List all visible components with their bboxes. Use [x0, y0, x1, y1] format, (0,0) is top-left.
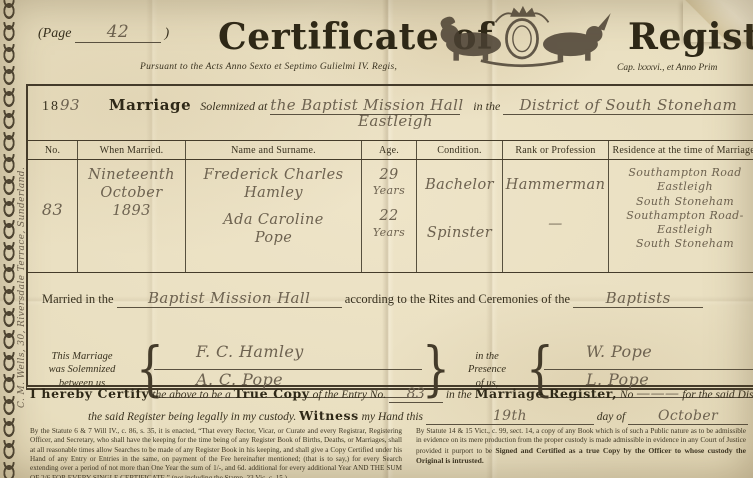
groom-age: 29	[362, 166, 416, 184]
certification-section: I hereby Certify the above to be a True …	[30, 386, 753, 425]
day-handwritten: 19th	[493, 408, 527, 424]
page-word: (Page	[38, 26, 71, 41]
witness-word: Witness	[299, 408, 359, 423]
page-number-handwritten: 42	[107, 22, 129, 42]
married-in-place-handwritten: Baptist Mission Hall	[148, 289, 310, 307]
col-header-age: Age.	[362, 141, 417, 159]
place-line2-handwritten: Eastleigh	[358, 112, 433, 130]
certify-word: I hereby Certify	[30, 386, 149, 401]
age-cell: 29 Years 22 Years	[362, 160, 417, 272]
groom-signature: F. C. Hamley	[196, 342, 304, 361]
col-header-rank: Rank or Profession	[503, 141, 609, 159]
residence-cell: Southampton Road Eastleigh South Stoneha…	[609, 160, 753, 272]
col-header-when-married: When Married.	[78, 141, 186, 159]
footnote-right: By Statute 14 & 15 Vict., c. 99, sect. 1…	[416, 427, 746, 478]
certification-line-1: I hereby Certify the above to be a True …	[30, 386, 753, 403]
bride-forenames: Ada Caroline	[186, 211, 361, 229]
col-header-no: No.	[28, 141, 78, 159]
when-married-cell: Nineteenth October 1893	[78, 160, 186, 272]
table-header-row: No. When Married. Name and Surname. Age.…	[28, 141, 753, 160]
bride-surname: Pope	[186, 229, 361, 247]
register-number-dash: ———	[636, 386, 679, 402]
solemnized-row: 1893 Marriage Solemnized at the Baptist …	[28, 86, 753, 141]
table-entry-row: 83 Nineteenth October 1893 Frederick Cha…	[28, 160, 753, 273]
register-frame: 1893 Marriage Solemnized at the Baptist …	[26, 84, 753, 390]
marriage-register-word: Marriage Register,	[475, 386, 617, 401]
statute-subtitle-left: Pursuant to the Acts Anno Sexto et Septi…	[140, 62, 397, 72]
groom-residence-3: South Stoneham	[609, 195, 753, 209]
rites-label: according to the Rites and Ceremonies of…	[345, 292, 570, 306]
true-copy-word: True Copy	[234, 386, 310, 401]
groom-residence-2: Eastleigh	[609, 180, 753, 194]
condition-cell: Bachelor Spinster	[417, 160, 503, 272]
denomination-handwritten: Baptists	[606, 289, 671, 307]
bride-condition: Spinster	[417, 224, 502, 242]
col-header-residence: Residence at the time of Marriage.	[609, 141, 753, 159]
month-handwritten: October	[658, 408, 718, 424]
year-printed: 18	[42, 99, 60, 114]
certificate-title-right: Registry	[628, 16, 753, 58]
col-header-name: Name and Surname.	[186, 141, 362, 159]
page-close-paren: )	[164, 26, 169, 41]
groom-profession: Hammerman	[503, 176, 608, 194]
footnote-left: By the Statute 6 & 7 Will IV., c. 86, s.…	[30, 427, 402, 478]
marriage-word: Marriage	[109, 96, 191, 114]
year-handwritten: 93	[60, 96, 80, 114]
solemnized-between-label: This Marriage was Solemnized between us	[28, 350, 136, 389]
entry-number: 83	[28, 200, 77, 220]
certify-entry-number: 83	[407, 386, 426, 402]
groom-age-unit: Years	[362, 184, 416, 198]
bride-residence-1: Southampton Road-	[609, 209, 753, 223]
married-in-label: Married in the	[42, 292, 114, 306]
groom-forenames: Frederick Charles	[186, 166, 361, 184]
certification-line-2: the said Register being legally in my cu…	[30, 408, 753, 425]
col-header-condition: Condition.	[417, 141, 503, 159]
groom-residence-1: Southampton Road	[609, 166, 753, 180]
solemnized-at-label: Solemnized at	[200, 99, 267, 113]
in-the-label: in the	[473, 99, 500, 113]
when-married-year: 1893	[78, 202, 185, 220]
married-in-row: Married in the Baptist Mission Hall acco…	[28, 273, 753, 333]
bride-residence-2: Eastleigh	[609, 223, 753, 237]
groom-condition: Bachelor	[417, 176, 502, 194]
bride-age-unit: Years	[362, 226, 416, 240]
names-cell: Frederick Charles Hamley Ada Caroline Po…	[186, 160, 362, 272]
witness-signature-1: W. Pope	[586, 342, 652, 361]
presence-of-us-label: in the Presence of us,	[448, 350, 526, 389]
royal-coat-of-arms-icon	[424, 4, 620, 73]
groom-surname: Hamley	[186, 184, 361, 202]
profession-cell: Hammerman —	[503, 160, 609, 272]
statute-subtitle-right: Cap. lxxxvi., et Anno Prim	[617, 63, 717, 73]
bride-residence-3: South Stoneham	[609, 237, 753, 251]
when-married-month: October	[78, 184, 185, 202]
bride-age: 22	[362, 207, 416, 225]
statute-footnotes: By the Statute 6 & 7 Will IV., c. 86, s.…	[30, 427, 751, 478]
page-number-label: (Page 42 )	[38, 22, 169, 43]
entry-no-cell: 83	[28, 160, 78, 272]
district-handwritten: District of South Stoneham	[519, 96, 737, 114]
when-married-day: Nineteenth	[78, 166, 185, 184]
bride-profession: —	[503, 216, 608, 234]
